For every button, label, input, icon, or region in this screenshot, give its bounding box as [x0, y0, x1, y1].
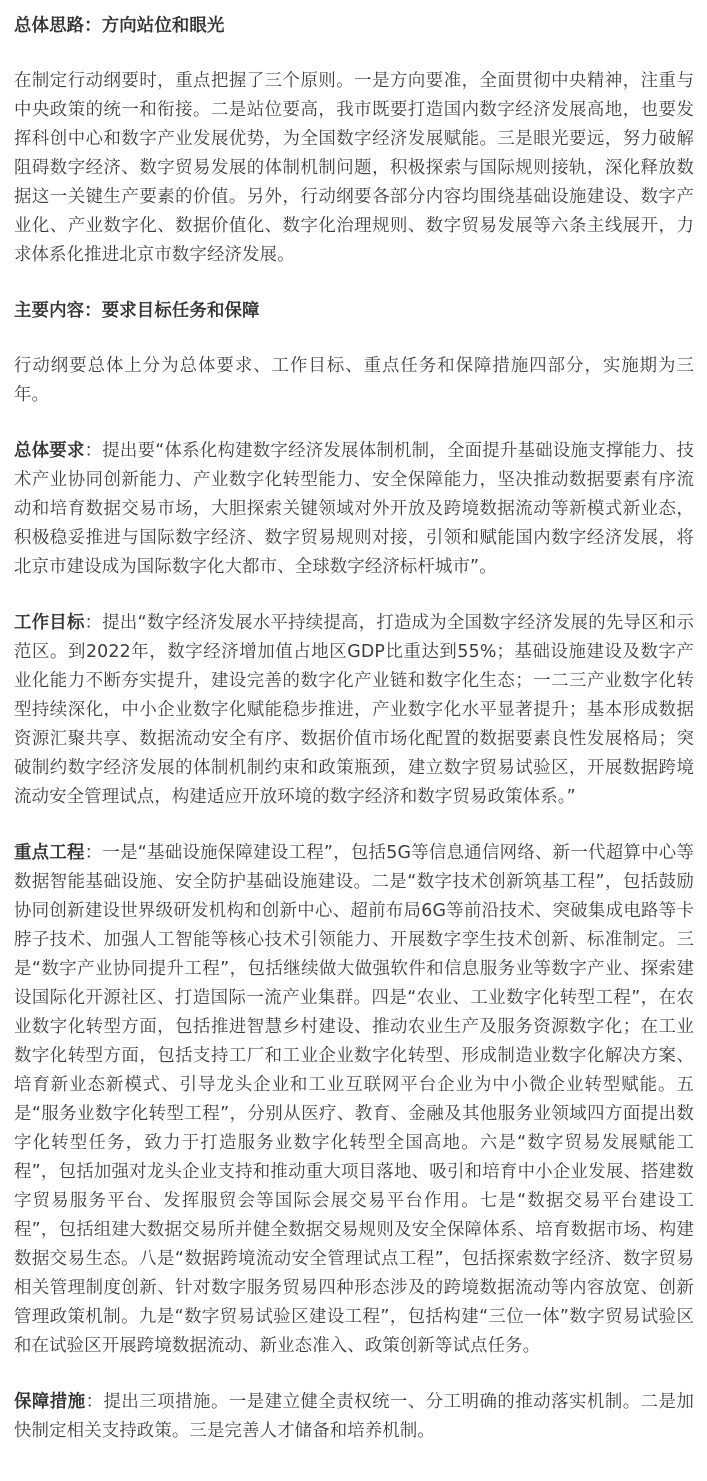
text-key-projects: ：一是“基础设施保障建设工程”，包括5G等信息通信网络、新一代超算中心等数据智能… [14, 843, 694, 1356]
paragraph-principles: 在制定行动纲要时，重点把握了三个原则。一是方向要准，全面贯彻中央精神，注重与中央… [14, 67, 694, 270]
text-general-requirements: ：提出要“体系化构建数字经济发展体制机制，全面提升基础设施支撑能力、技术产业协同… [14, 441, 694, 577]
paragraph-general-requirements: 总体要求：提出要“体系化构建数字经济发展体制机制，全面提升基础设施支撑能力、技术… [14, 437, 694, 582]
article-body: 总体思路：方向站位和眼光 在制定行动纲要时，重点把握了三个原则。一是方向要准，全… [0, 0, 707, 1446]
text-work-goals: ：提出“数字经济发展水平持续提高，打造成为全国数字经济发展的先导区和示范区。到2… [14, 613, 694, 807]
lead-key-projects: 重点工程 [14, 843, 85, 863]
lead-general-requirements: 总体要求 [14, 441, 85, 461]
paragraph-structure: 行动纲要总体上分为总体要求、工作目标、重点任务和保障措施四部分，实施期为三年。 [14, 352, 694, 410]
paragraph-work-goals: 工作目标：提出“数字经济发展水平持续提高，打造成为全国数字经济发展的先导区和示范… [14, 609, 694, 812]
paragraph-key-projects: 重点工程：一是“基础设施保障建设工程”，包括5G等信息通信网络、新一代超算中心等… [14, 839, 694, 1361]
lead-safeguards: 保障措施 [14, 1392, 86, 1412]
text-safeguards: ：提出三项措施。一是建立健全责权统一、分工明确的推动落实机制。二是加快制定相关支… [14, 1392, 694, 1441]
section-heading-main-content: 主要内容：要求目标任务和保障 [14, 297, 694, 326]
paragraph-safeguards: 保障措施：提出三项措施。一是建立健全责权统一、分工明确的推动落实机制。二是加快制… [14, 1388, 694, 1446]
lead-work-goals: 工作目标 [14, 613, 85, 633]
section-heading-overall-approach: 总体思路：方向站位和眼光 [14, 12, 694, 41]
